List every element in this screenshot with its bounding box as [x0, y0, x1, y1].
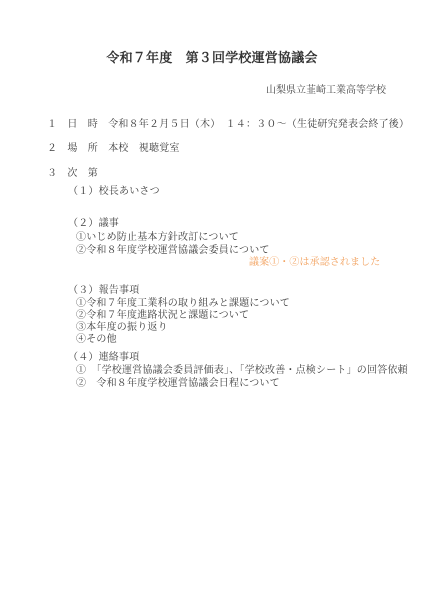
agenda-section-3-item: ③本年度の振り返り	[76, 322, 168, 334]
agenda-section-2-item: ②令和８年度学校運営協議会委員について	[76, 245, 270, 257]
agenda-section-2-heading: （２）議事	[68, 218, 119, 230]
document-page: 令和７年度 第３回学校運営協議会 山梨県立韮崎工業高等学校 １ 日 時 令和８年…	[0, 0, 424, 600]
agenda-section-4-item: ② 令和８年度学校運営協議会日程について	[76, 378, 280, 390]
agenda-section-4-item: ① 「学校運営協議会委員評価表」、「学校改善・点検シート」の回答依頼	[76, 365, 408, 377]
agenda-section-1-heading: （１）校長あいさつ	[68, 186, 160, 198]
school-name: 山梨県立韮崎工業高等学校	[266, 81, 386, 96]
agenda-section-3-item: ①令和７年度工業科の取り組みと課題について	[76, 298, 290, 310]
agenda-section-3-item: ④その他	[76, 334, 117, 346]
agenda-section-4-heading: （４）連絡事項	[68, 352, 139, 364]
meta-line-datetime: １ 日 時 令和８年２月５日（木） １４：３０～（生徒研究発表会終了後）	[47, 119, 409, 131]
meta-line-agenda: ３ 次 第	[47, 168, 98, 180]
approval-note: 議案①・②は承認されました	[249, 257, 380, 269]
document-title: 令和７年度 第３回学校運営協議会	[0, 47, 424, 66]
agenda-section-3-heading: （３）報告事項	[68, 285, 139, 297]
agenda-section-2-item: ①いじめ防止基本方針改訂について	[76, 232, 239, 244]
meta-line-place: ２ 場 所 本校 視聴覚室	[47, 143, 180, 155]
agenda-section-3-item: ②令和７年度進路状況と課題について	[76, 310, 249, 322]
